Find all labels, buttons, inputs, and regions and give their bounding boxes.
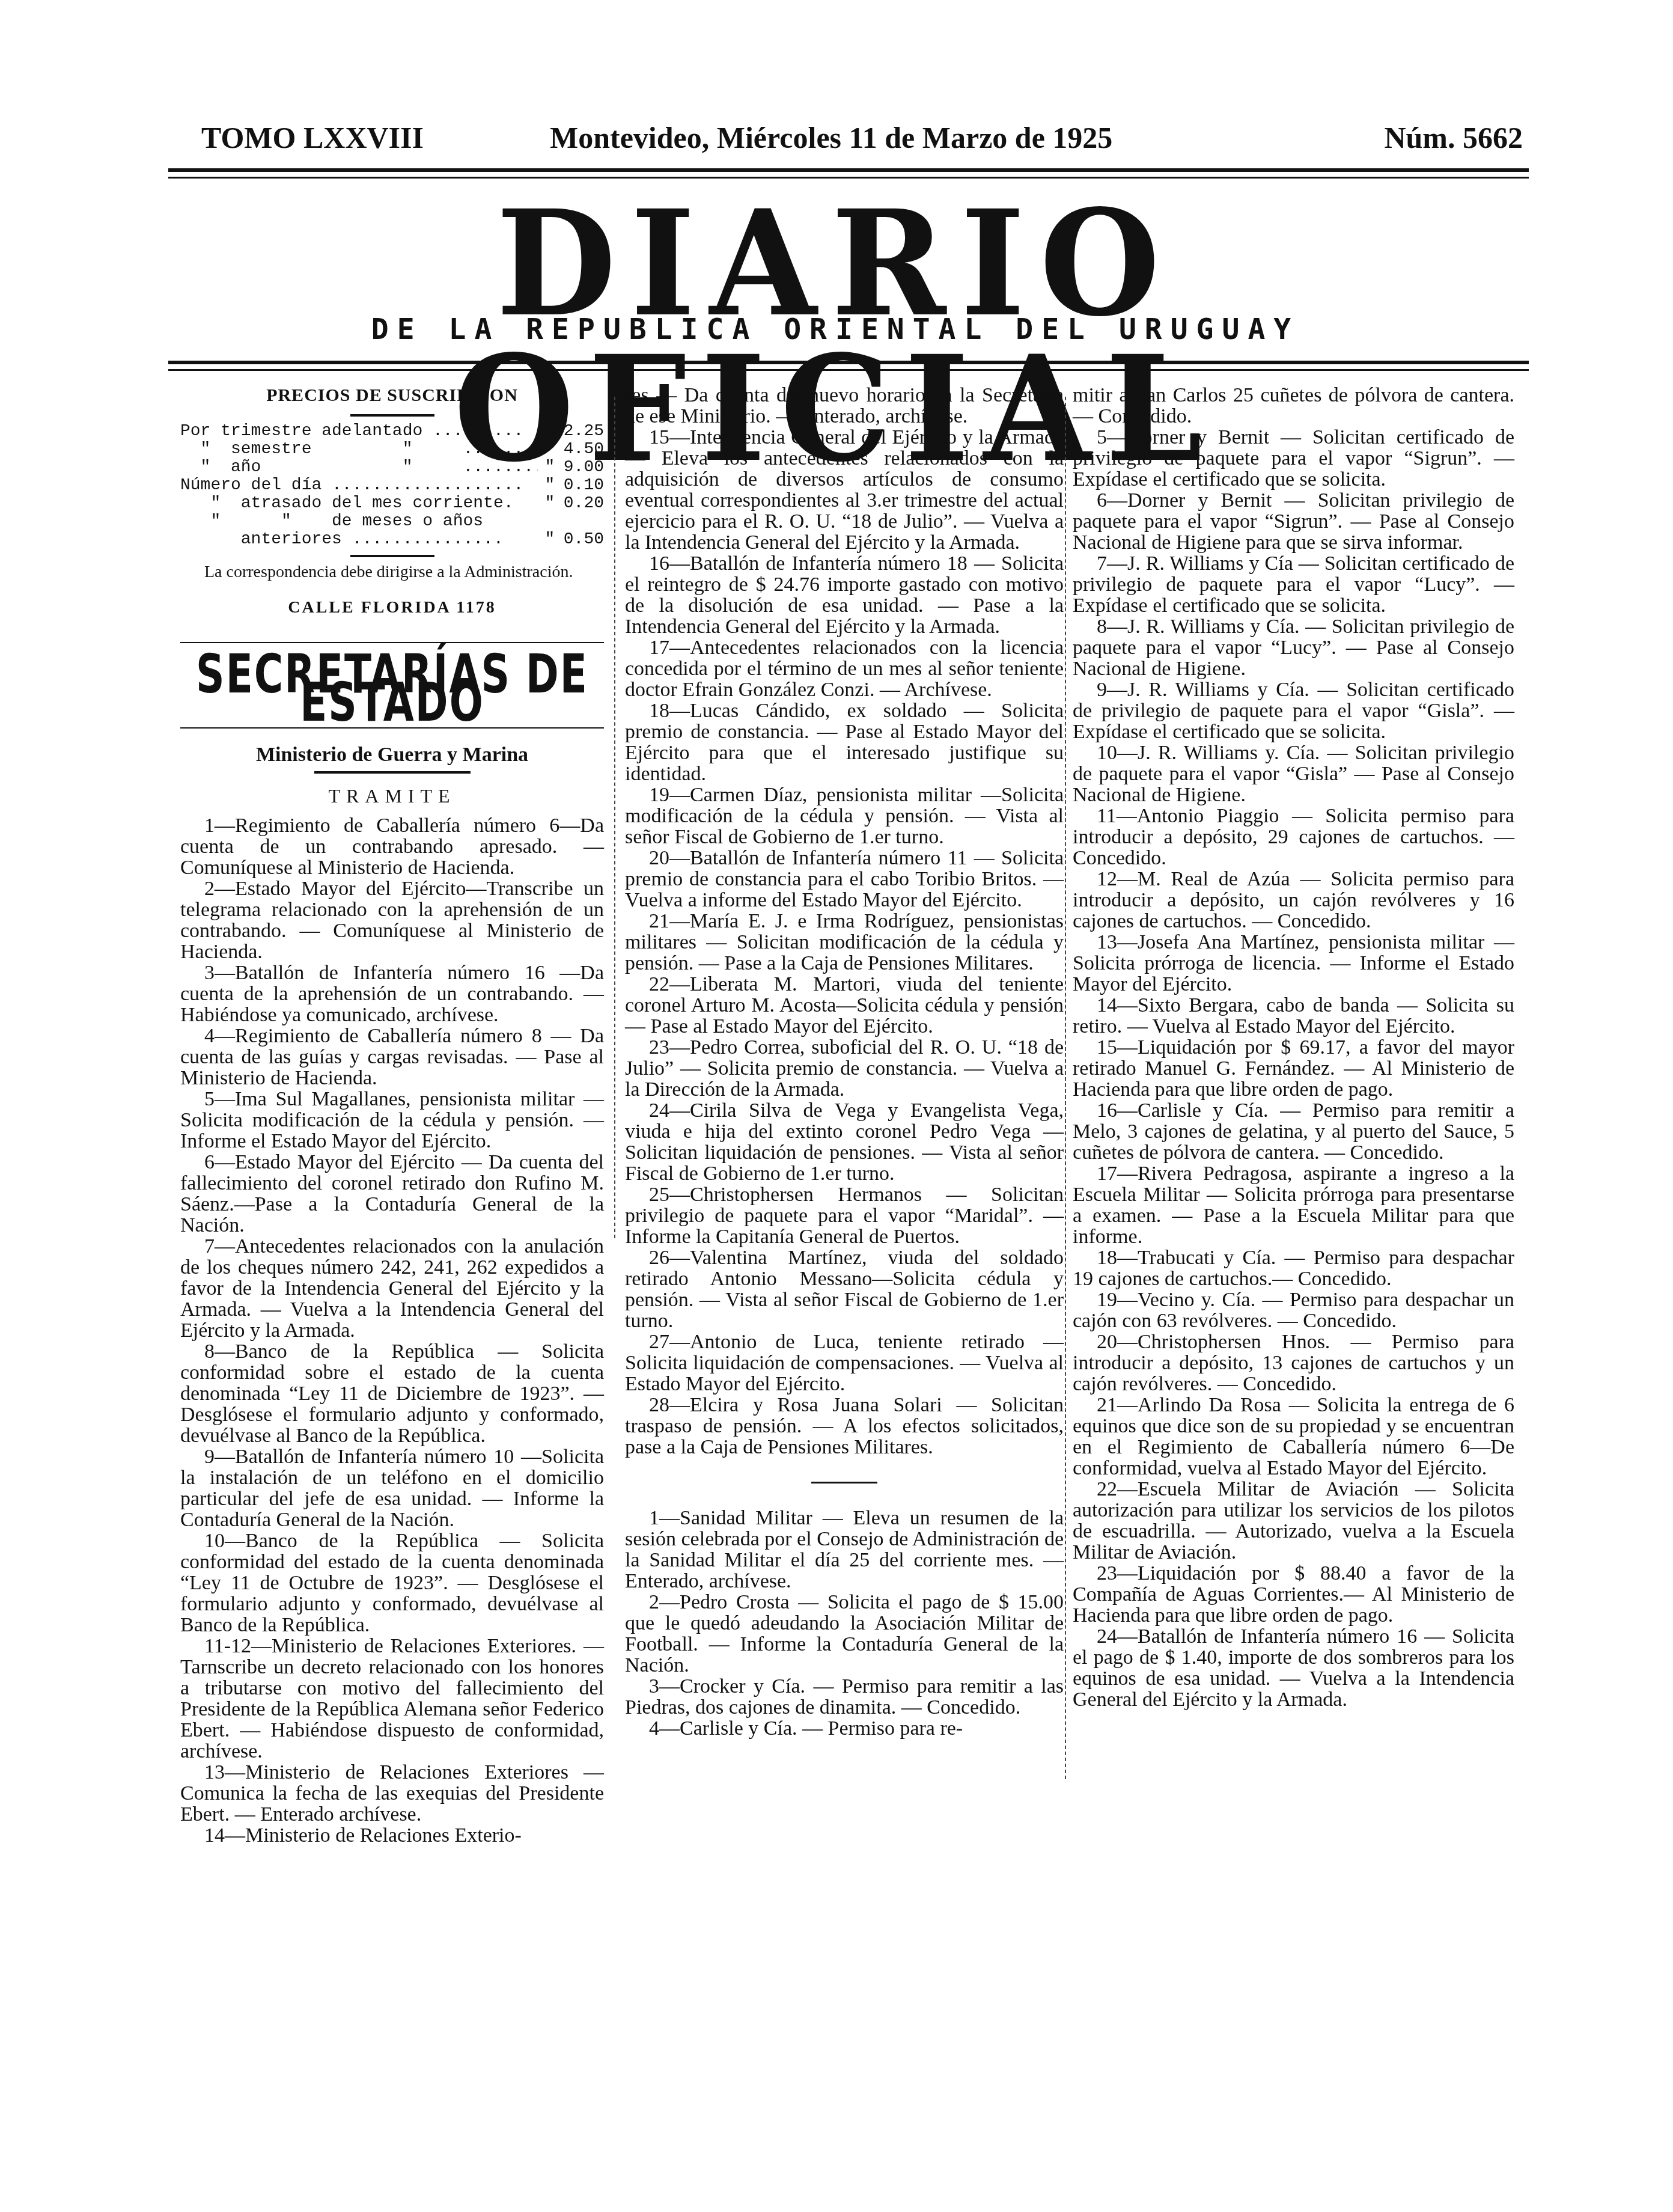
divider (811, 1482, 877, 1483)
entry-item: 23—Pedro Correa, suboficial del R. O. U.… (625, 1037, 1064, 1100)
price-label: Por trimestre adelantado ......... (180, 423, 538, 441)
entry-item: 10—Banco de la República — Solicita conf… (180, 1530, 604, 1636)
price-label: " atrasado del mes corriente. (180, 495, 538, 513)
entry-item: 14—Sixto Bergara, cabo de banda — Solici… (1073, 995, 1514, 1037)
entry-item: 1—Sanidad Militar — Eleva un resumen de … (625, 1508, 1064, 1592)
entry-item: 10—J. R. Williams y. Cía. — Solicitan pr… (1073, 742, 1514, 805)
entry-item: 18—Trabucati y Cía. — Permiso para despa… (1073, 1247, 1514, 1289)
entry-item: 15—Liquidación por $ 69.17, a favor del … (1073, 1037, 1514, 1100)
price-label: " " de meses o años (180, 513, 538, 531)
price-row: " " de meses o años (180, 513, 604, 531)
entry-item: 2—Estado Mayor del Ejército—Transcribe u… (180, 878, 604, 962)
entry-item: 5—Dorner y Bernit — Solicitan certificad… (1073, 427, 1514, 490)
issue-number: Núm. 5662 (1384, 120, 1523, 155)
entry-item: 5—Ima Sul Magallanes, pensionista milita… (180, 1089, 604, 1152)
price-table: Por trimestre adelantado .........$2.25 … (180, 423, 604, 549)
section-title: SECRETARÍAS DE ESTADO (180, 660, 604, 717)
price-currency: " (538, 531, 562, 549)
price-currency: $ (538, 423, 562, 441)
entry-item: mitir a San Carlos 25 cuñetes de pólvora… (1073, 385, 1514, 427)
address: CALLE FLORIDA 1178 (180, 597, 604, 618)
price-label: anteriores ............... (180, 531, 538, 549)
price-value: 2.25 (562, 423, 604, 441)
entry-item: 24—Cirila Silva de Vega y Evangelista Ve… (625, 1100, 1064, 1184)
header-rule-top (168, 168, 1529, 172)
entry-item: 11-12—Ministerio de Relaciones Exteriore… (180, 1636, 604, 1762)
entry-item: 20—Christophersen Hnos. — Permiso para i… (1073, 1331, 1514, 1395)
price-row: Número del día ..................."0.10 (180, 477, 604, 495)
column-3: mitir a San Carlos 25 cuñetes de pólvora… (1073, 385, 1514, 1710)
entry-item: 18—Lucas Cándido, ex soldado — Solicita … (625, 700, 1064, 784)
entry-item: res — Da cuenta del nuevo horario en la … (625, 385, 1064, 427)
price-value: 0.20 (562, 495, 604, 513)
issue-date: Montevideo, Miércoles 11 de Marzo de 192… (550, 120, 1112, 155)
entry-item: 12—M. Real de Azúa — Solicita permiso pa… (1073, 869, 1514, 932)
price-row: anteriores ..............."0.50 (180, 531, 604, 549)
entry-item: 4—Carlisle y Cía. — Permiso para re- (625, 1718, 1064, 1739)
entry-item: 17—Antecedentes relacionados con la lice… (625, 637, 1064, 700)
price-currency (538, 513, 562, 531)
price-value: 9.00 (562, 459, 604, 477)
entry-item: 3—Batallón de Infantería número 16 —Da c… (180, 962, 604, 1025)
price-currency: " (538, 459, 562, 477)
entry-item: 17—Rivera Pedragosa, aspirante a ingreso… (1073, 1163, 1514, 1247)
entry-item: 22—Liberata M. Martori, viuda del tenien… (625, 974, 1064, 1037)
entry-item: 14—Ministerio de Relaciones Exterio- (180, 1825, 604, 1846)
price-row: " semestre " ........."4.50 (180, 441, 604, 459)
entry-item: 9—J. R. Williams y Cía. — Solicitan cert… (1073, 679, 1514, 742)
price-value: 4.50 (562, 441, 604, 459)
entry-item: 4—Regimiento de Caballería número 8 — Da… (180, 1025, 604, 1089)
entry-item: 19—Vecino y. Cía. — Permiso para despach… (1073, 1289, 1514, 1331)
entry-item: 23—Liquidación por $ 88.40 a favor de la… (1073, 1563, 1514, 1626)
ministry-heading: Ministerio de Guerra y Marina (180, 744, 604, 765)
issue-header: TOMO LXXVIII Montevideo, Miércoles 11 de… (201, 120, 1523, 162)
entry-item: 6—Estado Mayor del Ejército — Da cuenta … (180, 1152, 604, 1236)
tramite-list-third: mitir a San Carlos 25 cuñetes de pólvora… (1073, 385, 1514, 1710)
divider (314, 771, 471, 774)
prices-heading: PRECIOS DE SUSCRIPCION (180, 385, 604, 406)
entry-item: 8—J. R. Williams y Cía. — Solicitan priv… (1073, 616, 1514, 679)
tramite-list: 1—Regimiento de Caballería número 6—Da c… (180, 815, 604, 1846)
price-label: " semestre " ......... (180, 441, 538, 459)
entry-item: 27—Antonio de Luca, teniente retirado — … (625, 1331, 1064, 1395)
price-label: " año " ......... (180, 459, 538, 477)
price-value (562, 513, 604, 531)
price-label: Número del día ................... (180, 477, 538, 495)
price-value: 0.10 (562, 477, 604, 495)
entry-item: 22—Escuela Militar de Aviación — Solicit… (1073, 1479, 1514, 1563)
entry-item: 21—María E. J. e Irma Rodríguez, pension… (625, 911, 1064, 974)
entry-item: 26—Valentina Martínez, viuda del soldado… (625, 1247, 1064, 1331)
entry-item: 6—Dorner y Bernit — Solicitan privilegio… (1073, 490, 1514, 553)
volume-label: TOMO LXXVIII (201, 120, 424, 155)
entry-item: 11—Antonio Piaggio — Solicita permiso pa… (1073, 805, 1514, 869)
entry-item: 16—Batallón de Infantería número 18 — So… (625, 553, 1064, 637)
entry-item: 28—Elcira y Rosa Juana Solari — Solicita… (625, 1395, 1064, 1458)
entry-item: 7—J. R. Williams y Cía — Solicitan certi… (1073, 553, 1514, 616)
price-currency: " (538, 441, 562, 459)
tramite-list-second: 1—Sanidad Militar — Eleva un resumen de … (625, 1508, 1064, 1739)
entry-item: 7—Antecedentes relacionados con la anula… (180, 1236, 604, 1341)
entry-item: 8—Banco de la República — Solicita confo… (180, 1341, 604, 1446)
entry-item: 24—Batallón de Infantería número 16 — So… (1073, 1626, 1514, 1710)
entry-item: 20—Batallón de Infantería número 11 — So… (625, 848, 1064, 911)
entry-item: 21—Arlindo Da Rosa — Solicita la entrega… (1073, 1395, 1514, 1479)
entry-item: 2—Pedro Crosta — Solicita el pago de $ 1… (625, 1592, 1064, 1676)
divider (350, 414, 434, 417)
entry-item: 15—Intendencia General del Ejército y la… (625, 427, 1064, 553)
entry-item: 19—Carmen Díaz, pensionista militar —Sol… (625, 784, 1064, 848)
entry-item: 1—Regimiento de Caballería número 6—Da c… (180, 815, 604, 878)
divider (350, 555, 434, 557)
price-row: " año " ........."9.00 (180, 459, 604, 477)
entry-item: 13—Ministerio de Relaciones Exteriores —… (180, 1762, 604, 1825)
tramite-list-continued: res — Da cuenta del nuevo horario en la … (625, 385, 1064, 1458)
entry-item: 13—Josefa Ana Martínez, pensionista mili… (1073, 932, 1514, 995)
price-currency: " (538, 495, 562, 513)
entry-item: 16—Carlisle y Cía. — Permiso para remiti… (1073, 1100, 1514, 1163)
column-divider (1065, 397, 1066, 1779)
column-divider (614, 397, 615, 1238)
tramite-heading: TRAMITE (180, 786, 604, 807)
price-value: 0.50 (562, 531, 604, 549)
column-1: PRECIOS DE SUSCRIPCION Por trimestre ade… (180, 385, 604, 1846)
column-2: res — Da cuenta del nuevo horario en la … (625, 385, 1064, 1739)
price-row: Por trimestre adelantado .........$2.25 (180, 423, 604, 441)
subscription-box: PRECIOS DE SUSCRIPCION Por trimestre ade… (180, 385, 604, 618)
price-currency: " (538, 477, 562, 495)
price-row: " atrasado del mes corriente."0.20 (180, 495, 604, 513)
entry-item: 9—Batallón de Infantería número 10 —Soli… (180, 1446, 604, 1530)
masthead-subtitle: DE LA REPUBLICA ORIENTAL DEL URUGUAY (180, 313, 1490, 346)
header-rule-bottom (168, 361, 1529, 364)
entry-item: 3—Crocker y Cía. — Permiso para remitir … (625, 1676, 1064, 1718)
entry-item: 25—Christophersen Hermanos — Solicitan p… (625, 1184, 1064, 1247)
correspondence-note: La correspondencia debe dirigirse a la A… (180, 563, 604, 581)
